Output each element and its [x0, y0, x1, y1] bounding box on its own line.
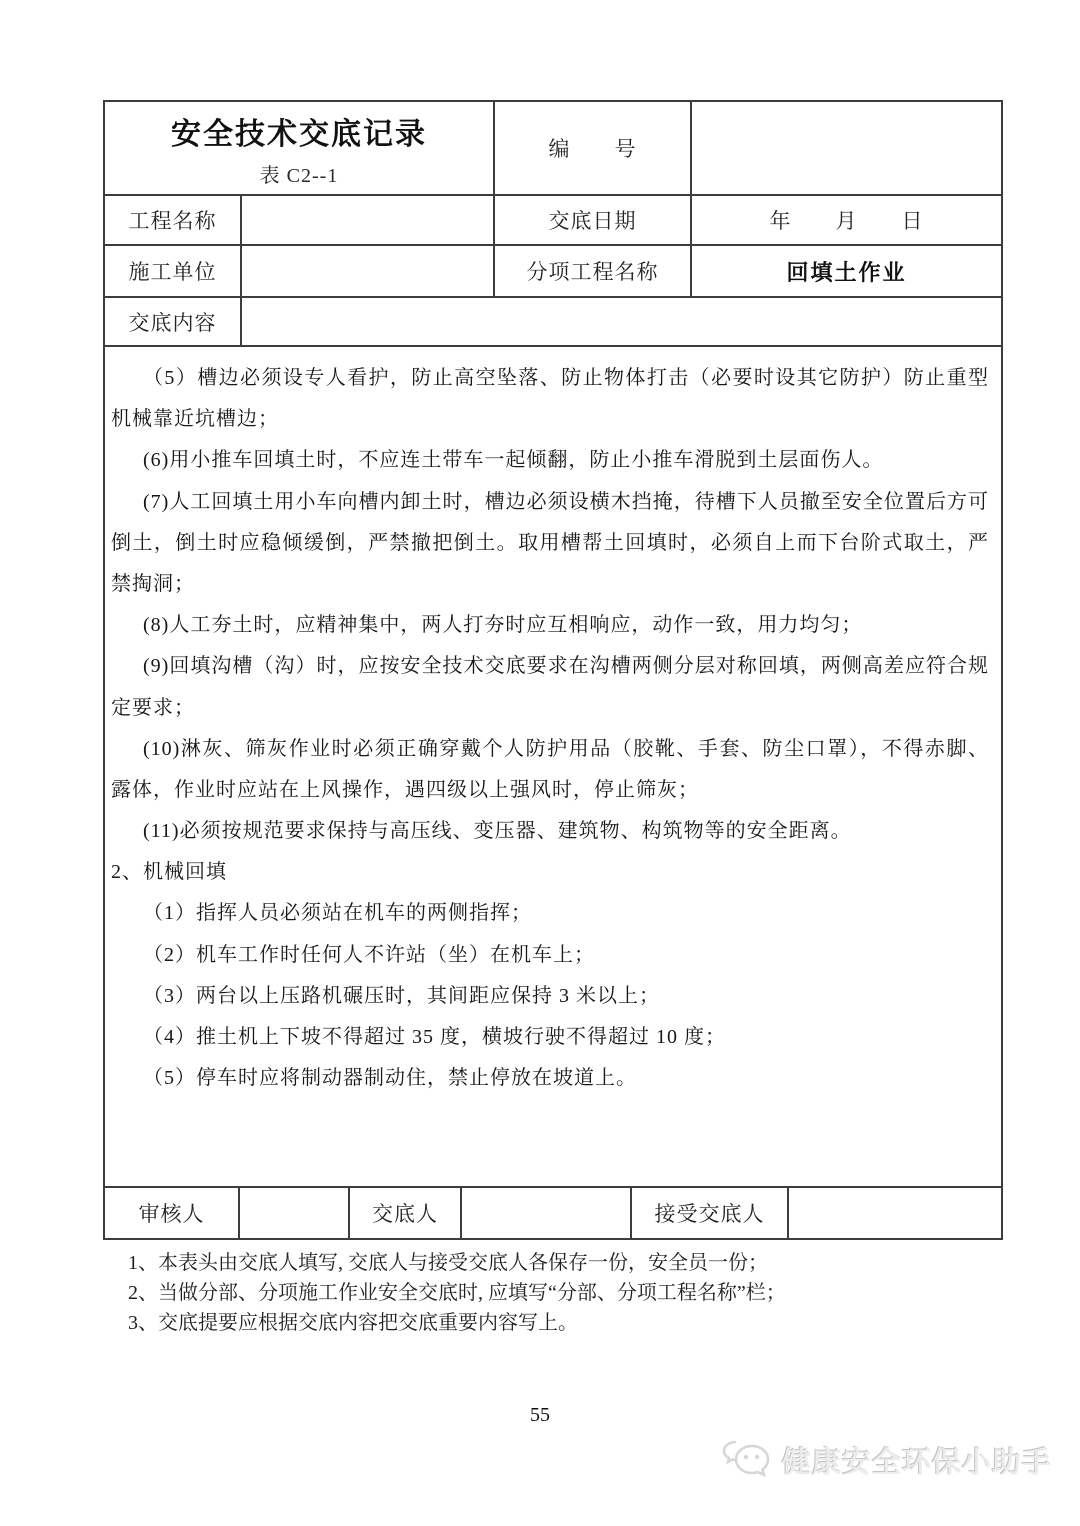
content-paragraph: （5）停车时应将制动器制动住，禁止停放在坡道上。: [111, 1058, 989, 1099]
watermark-text: 健康安全环保小助手: [782, 1440, 1052, 1481]
content-paragraph: (9)回填沟槽（沟）时，应按安全技术交底要求在沟槽两侧分层对称回填，两侧高差应符…: [111, 646, 989, 728]
content-paragraph: （4）推土机上下坡不得超过 35 度，横坡行驶不得超过 10 度；: [111, 1017, 989, 1058]
footnote: 1、本表头由交底人填写, 交底人与接受交底人各保存一份，安全员一份；: [128, 1248, 928, 1278]
content-paragraph: （1）指挥人员必须站在机车的两侧指挥；: [111, 893, 989, 934]
title-cell: 安全技术交底记录 表 C2--1: [105, 102, 495, 194]
project-name-row: 工程名称 交底日期 年 月 日: [105, 196, 1001, 246]
project-name-value: [242, 196, 495, 244]
construction-unit-row: 施工单位 分项工程名称 回填土作业: [105, 246, 1001, 298]
wechat-bubbles-icon: [722, 1438, 774, 1482]
sub-project-value: 回填土作业: [692, 246, 1001, 296]
sub-project-label: 分项工程名称: [495, 246, 692, 296]
disclosure-content-row: 交底内容: [105, 298, 1001, 347]
disclosure-date-value: 年 月 日: [692, 196, 1001, 244]
disclosure-content-label: 交底内容: [105, 298, 242, 345]
content-paragraph: （2）机车工作时任何人不许站（坐）在机车上；: [111, 935, 989, 976]
form-title-row: 安全技术交底记录 表 C2--1 编 号: [105, 102, 1001, 196]
serial-number-label: 编 号: [495, 102, 692, 194]
discloser-label: 交底人: [350, 1188, 462, 1238]
content-paragraph: (6)用小推车回填土时，不应连土带车一起倾翻，防止小推车滑脱到土层面伤人。: [111, 440, 989, 481]
footnote: 3、交底提要应根据交底内容把交底重要内容写上。: [128, 1308, 928, 1338]
content-paragraph: （5）槽边必须设专人看护，防止高空坠落、防止物体打击（必要时设其它防护）防止重型…: [111, 358, 989, 440]
document-title: 安全技术交底记录: [171, 109, 427, 153]
form-footnotes: 1、本表头由交底人填写, 交底人与接受交底人各保存一份，安全员一份； 2、当做分…: [128, 1248, 928, 1338]
footnote: 2、当做分部、分项施工作业安全交底时, 应填写“分部、分项工程名称”栏；: [128, 1278, 928, 1308]
project-name-label: 工程名称: [105, 196, 242, 244]
reviewer-label: 审核人: [105, 1188, 240, 1238]
construction-unit-label: 施工单位: [105, 246, 242, 296]
page-number: 55: [0, 1404, 1080, 1427]
signature-row: 审核人 交底人 接受交底人: [105, 1188, 1001, 1238]
disclosure-date-label: 交底日期: [495, 196, 692, 244]
content-paragraph: (10)淋灰、筛灰作业时必须正确穿戴个人防护用品（胶靴、手套、防尘口罩），不得赤…: [111, 729, 989, 811]
reviewer-signature-field: [240, 1188, 350, 1238]
content-body-row: （5）槽边必须设专人看护，防止高空坠落、防止物体打击（必要时设其它防护）防止重型…: [105, 347, 1001, 1188]
safety-disclosure-form: 安全技术交底记录 表 C2--1 编 号 工程名称 交底日期 年 月 日 施工单…: [103, 100, 1003, 1240]
content-section-heading: 2、机械回填: [111, 852, 989, 893]
content-paragraph: (11)必须按规范要求保持与高压线、变压器、建筑物、构筑物等的安全距离。: [111, 811, 989, 852]
content-paragraph: （3）两台以上压路机碾压时，其间距应保持 3 米以上；: [111, 976, 989, 1017]
watermark: 健康安全环保小助手: [722, 1438, 1052, 1482]
disclosure-content-blank: [242, 298, 1001, 345]
content-paragraph: (8)人工夯土时，应精神集中，两人打夯时应互相响应，动作一致，用力均匀；: [111, 605, 989, 646]
document-page: 安全技术交底记录 表 C2--1 编 号 工程名称 交底日期 年 月 日 施工单…: [0, 0, 1080, 1526]
serial-number-value: [692, 102, 1001, 194]
construction-unit-value: [242, 246, 495, 296]
form-code: 表 C2--1: [260, 159, 339, 188]
content-body: （5）槽边必须设专人看护，防止高空坠落、防止物体打击（必要时设其它防护）防止重型…: [105, 347, 1001, 1186]
discloser-signature-field: [462, 1188, 632, 1238]
receiver-label: 接受交底人: [632, 1188, 789, 1238]
receiver-signature-field: [789, 1188, 1001, 1238]
content-paragraph: (7)人工回填土用小车向槽内卸土时，槽边必须设横木挡掩，待槽下人员撤至安全位置后…: [111, 482, 989, 606]
